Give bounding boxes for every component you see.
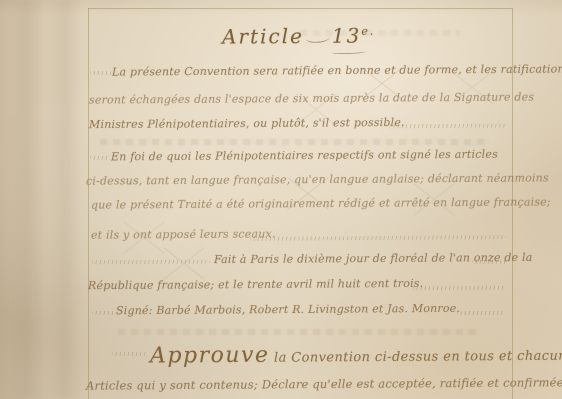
signature-line: Signé: Barbé Marbois, Robert R. Livingst…: [116, 302, 460, 317]
ratification-clause-line: seront échangées dans l'espace de six mo…: [89, 90, 534, 106]
witness-clause-line: que le présent Traité a été originaireme…: [91, 195, 551, 211]
ink-bleedthrough: [300, 30, 460, 36]
article-heading-word: Article: [222, 24, 304, 49]
ratification-clause-line: Ministres Plénipotentiaires, ou plutôt, …: [89, 116, 405, 131]
ink-bleedthrough: [118, 329, 478, 335]
ratification-clause-line: La présente Convention sera ratifiée en …: [112, 62, 562, 78]
witness-clause-line: et ils y ont apposé leurs sceaux.: [91, 227, 276, 241]
pen-filler-flourish: [457, 311, 505, 315]
approval-line: Approuve la Convention ci-dessus en tous…: [150, 340, 562, 368]
parchment-fold-shadow: [10, 0, 44, 399]
heading-flourish-underline: [332, 49, 366, 54]
pen-filler-flourish: [112, 352, 148, 356]
pen-filler-flourish: [90, 156, 110, 160]
manuscript-photo: Article13e. La présente Convention sera …: [0, 0, 562, 399]
ruled-margin-top: [88, 8, 512, 9]
pen-filler-flourish: [92, 311, 114, 315]
pen-filler-flourish: [90, 71, 111, 75]
pen-filler-flourish: [472, 260, 506, 264]
ink-bleedthrough: [100, 139, 490, 145]
pen-filler-flourish: [386, 124, 506, 129]
article-heading: Article13e.: [222, 23, 376, 48]
parchment-fold-shadow: [48, 0, 82, 399]
dateline-line: République française; et le trente avril…: [88, 277, 423, 292]
witness-clause-line: En foi de quoi les Plénipotentiaires res…: [111, 148, 498, 164]
pen-filler-flourish: [92, 260, 210, 265]
pen-filler-flourish: [250, 235, 506, 241]
approval-opening-word: Approuve: [150, 343, 270, 369]
approval-line-rest: la Convention ci-dessus en tous et chacu…: [269, 348, 562, 365]
pen-filler-flourish: [413, 286, 506, 291]
ruled-margin-left: [88, 8, 89, 399]
approval-line: Articles qui y sont contenus; Déclare qu…: [86, 375, 562, 392]
witness-clause-line: ci-dessus, tant en langue française, qu'…: [86, 171, 549, 187]
